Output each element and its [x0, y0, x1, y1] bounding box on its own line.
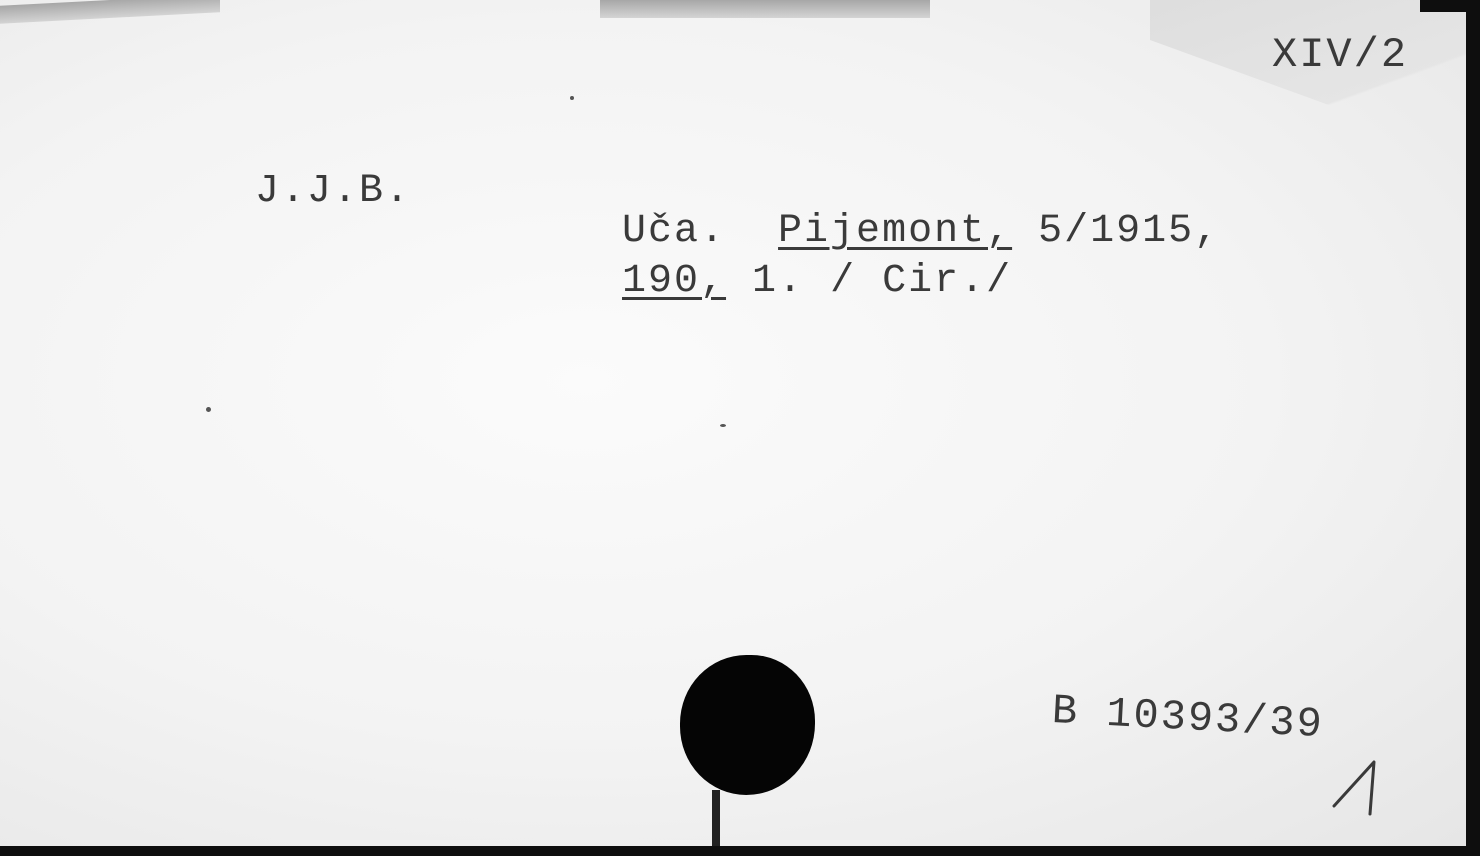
classification-code: XIV/2 [1272, 34, 1408, 76]
archive-number: B 10393/39 [1051, 690, 1325, 746]
scan-edge-right [1466, 0, 1480, 856]
handwritten-mark-one [1330, 748, 1390, 818]
folded-corner [1150, 0, 1466, 160]
scan-edge-bottom [0, 846, 1480, 856]
scan-edge-top [1420, 0, 1480, 12]
ink-speck [570, 96, 574, 100]
entry-line-2: 190, 1. / Cir./ [518, 222, 1012, 342]
script-note: / Cir./ [830, 259, 1012, 304]
tape-remnant [600, 0, 930, 18]
author-initials: J.J.B. [255, 172, 411, 212]
page-number: 190, [622, 259, 726, 304]
ink-speck [206, 407, 211, 412]
punch-hole [680, 655, 815, 795]
punch-tear [712, 790, 720, 846]
index-card: XIV/2 J.J.B. Uča. Pijemont, 5/1915, 190,… [0, 0, 1466, 846]
tape-remnant [0, 0, 220, 24]
item-number: 1. [752, 259, 804, 304]
issue-date: 5/1915, [1038, 209, 1220, 254]
ink-speck [720, 424, 726, 427]
